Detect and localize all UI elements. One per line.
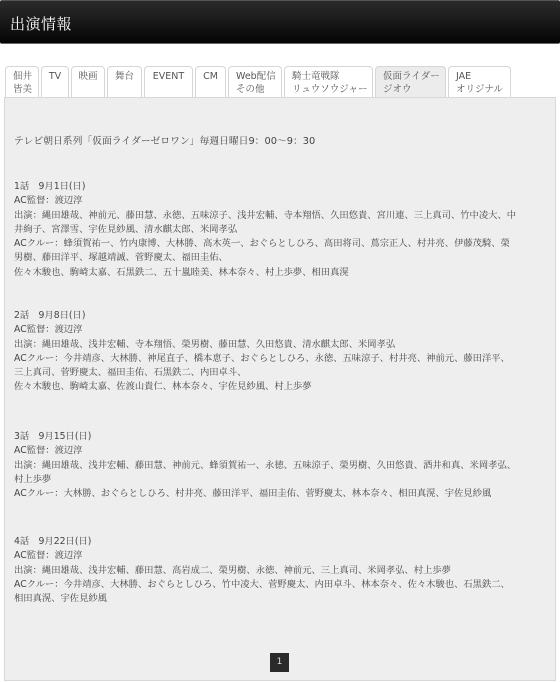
tab-tsukui-minami[interactable]: 佃井 皆美 [5, 66, 39, 98]
page-title: 出演情報 [10, 13, 72, 34]
episode-crew: ACクルー：今井靖彦、大林勝、おぐらとしひろ、竹中凌大、菅野慶太、内田卓斗、林本… [14, 578, 510, 592]
episode-heading: 4話 9月22日(日) [14, 535, 510, 549]
tab-label: TV [42, 70, 68, 83]
tab-label: CM [196, 70, 225, 83]
page-header: 出演情報 [0, 0, 560, 44]
tab-label: ジオウ [383, 83, 445, 96]
tab-ryusoulger[interactable]: 騎士竜戦隊 リュウソウジャー [284, 66, 373, 98]
episode-3: 3話 9月15日(日) AC監督：渡辺淳 出演：縄田雄哉、浅井宏輔、藤田慧、神前… [14, 430, 516, 501]
episode-4: 4話 9月22日(日) AC監督：渡辺淳 出演：縄田雄哉、浅井宏輔、藤田慧、高岩… [14, 535, 510, 606]
tab-label: 舞台 [108, 70, 141, 83]
episode-director: AC監督：渡辺淳 [14, 444, 516, 458]
episode-cast: 出演：縄田雄哉、浅井宏輔、藤田慧、高岩成二、榮男樹、永徳、神前元、三上真司、米岡… [14, 564, 510, 578]
episode-crew: ACクルー：蜂須賀祐一、竹内康博、大林勝、高木英一、おぐらとしひろ、高田将司、蔦… [14, 237, 516, 251]
tab-jae-original[interactable]: JAE オリジナル [448, 66, 511, 98]
tab-cm[interactable]: CM [195, 66, 226, 98]
content-panel: テレビ朝日系列「仮面ライダーゼロワン」毎週日曜日9：00〜9：30 1話 9月1… [4, 97, 556, 681]
episode-heading: 2話 9月8日(日) [14, 309, 510, 323]
tab-label: 佃井 [13, 70, 38, 83]
episode-cast: 出演：縄田雄哉、神前元、藤田慧、永徳、五味涼子、浅井宏輔、寺本翔悟、久田悠貴、宮… [14, 209, 516, 223]
episode-director: AC監督：渡辺淳 [14, 323, 510, 337]
episode-crew: ACクルー：今井靖彦、大林勝、神尾直子、橋本恵子、おぐらとしひろ、永徳、五味涼子… [14, 352, 510, 366]
episode-1: 1話 9月1日(日) AC監督：渡辺淳 出演：縄田雄哉、神前元、藤田慧、永徳、五… [14, 180, 516, 280]
episode-cast: 出演：縄田雄哉、浅井宏輔、寺本翔悟、榮男樹、藤田慧、久田悠貴、清水麒太郎、米岡孝… [14, 338, 510, 352]
tab-movie[interactable]: 映画 [71, 66, 105, 98]
tab-label: 映画 [72, 70, 104, 83]
episode-director: AC監督：渡辺淳 [14, 549, 510, 563]
episode-director: AC監督：渡辺淳 [14, 194, 516, 208]
episode-cast: 井絢子、宮澤雪、宇佐見紗風、清水麒太郎、米岡孝弘 [14, 223, 516, 237]
tab-stage[interactable]: 舞台 [107, 66, 142, 98]
tab-event[interactable]: EVENT [144, 66, 193, 98]
tab-label: オリジナル [456, 83, 510, 96]
episode-heading: 3話 9月15日(日) [14, 430, 516, 444]
tab-label: Web配信 [236, 70, 281, 83]
episode-crew: 男樹、藤田洋平、塚越靖誠、菅野慶太、福田圭佑、 [14, 251, 516, 265]
tab-label: 仮面ライダー [383, 70, 445, 83]
episode-crew: 相田真滉、宇佐見紗風 [14, 592, 510, 606]
tab-kamen-rider-zi-o[interactable]: 仮面ライダー ジオウ [375, 66, 446, 98]
tab-label: 騎士竜戦隊 [292, 70, 372, 83]
episode-crew: 佐々木駿也、駒崎太嘉、佐渡山貴仁、林本奈々、宇佐見紗風、村上歩夢 [14, 380, 510, 394]
tab-label: 皆美 [13, 83, 38, 96]
episode-cast: 出演：縄田雄哉、浅井宏輔、藤田慧、神前元、蜂須賀祐一、永徳、五味涼子、榮男樹、久… [14, 459, 516, 473]
category-tabs: 佃井 皆美 TV 映画 舞台 EVENT CM Web配信 その他 騎士竜戦隊 … [0, 66, 560, 98]
pagination-page-1[interactable]: 1 [270, 653, 289, 672]
episode-crew: 三上真司、菅野慶太、福田圭佑、石黒鉄二、内田卓斗、 [14, 366, 510, 380]
tab-label: EVENT [145, 70, 192, 83]
episode-2: 2話 9月8日(日) AC監督：渡辺淳 出演：縄田雄哉、浅井宏輔、寺本翔悟、榮男… [14, 309, 510, 395]
episode-crew: ACクルー：大林勝、おぐらとしひろ、村井亮、藤田洋平、福田圭佑、菅野慶太、林本奈… [14, 487, 516, 501]
episode-crew: 佐々木駿也、駒崎太嘉、石黒鉄二、五十嵐睦美、林本奈々、村上歩夢、相田真滉 [14, 266, 516, 280]
tab-label: JAE [456, 70, 510, 83]
tab-web-streaming[interactable]: Web配信 その他 [228, 66, 282, 98]
tab-label: リュウソウジャー [292, 83, 372, 96]
episode-cast: 村上歩夢 [14, 473, 516, 487]
tab-label: その他 [236, 83, 281, 96]
episode-heading: 1話 9月1日(日) [14, 180, 516, 194]
tab-tv[interactable]: TV [41, 66, 69, 98]
broadcast-info: テレビ朝日系列「仮面ライダーゼロワン」毎週日曜日9：00〜9：30 [14, 133, 315, 147]
